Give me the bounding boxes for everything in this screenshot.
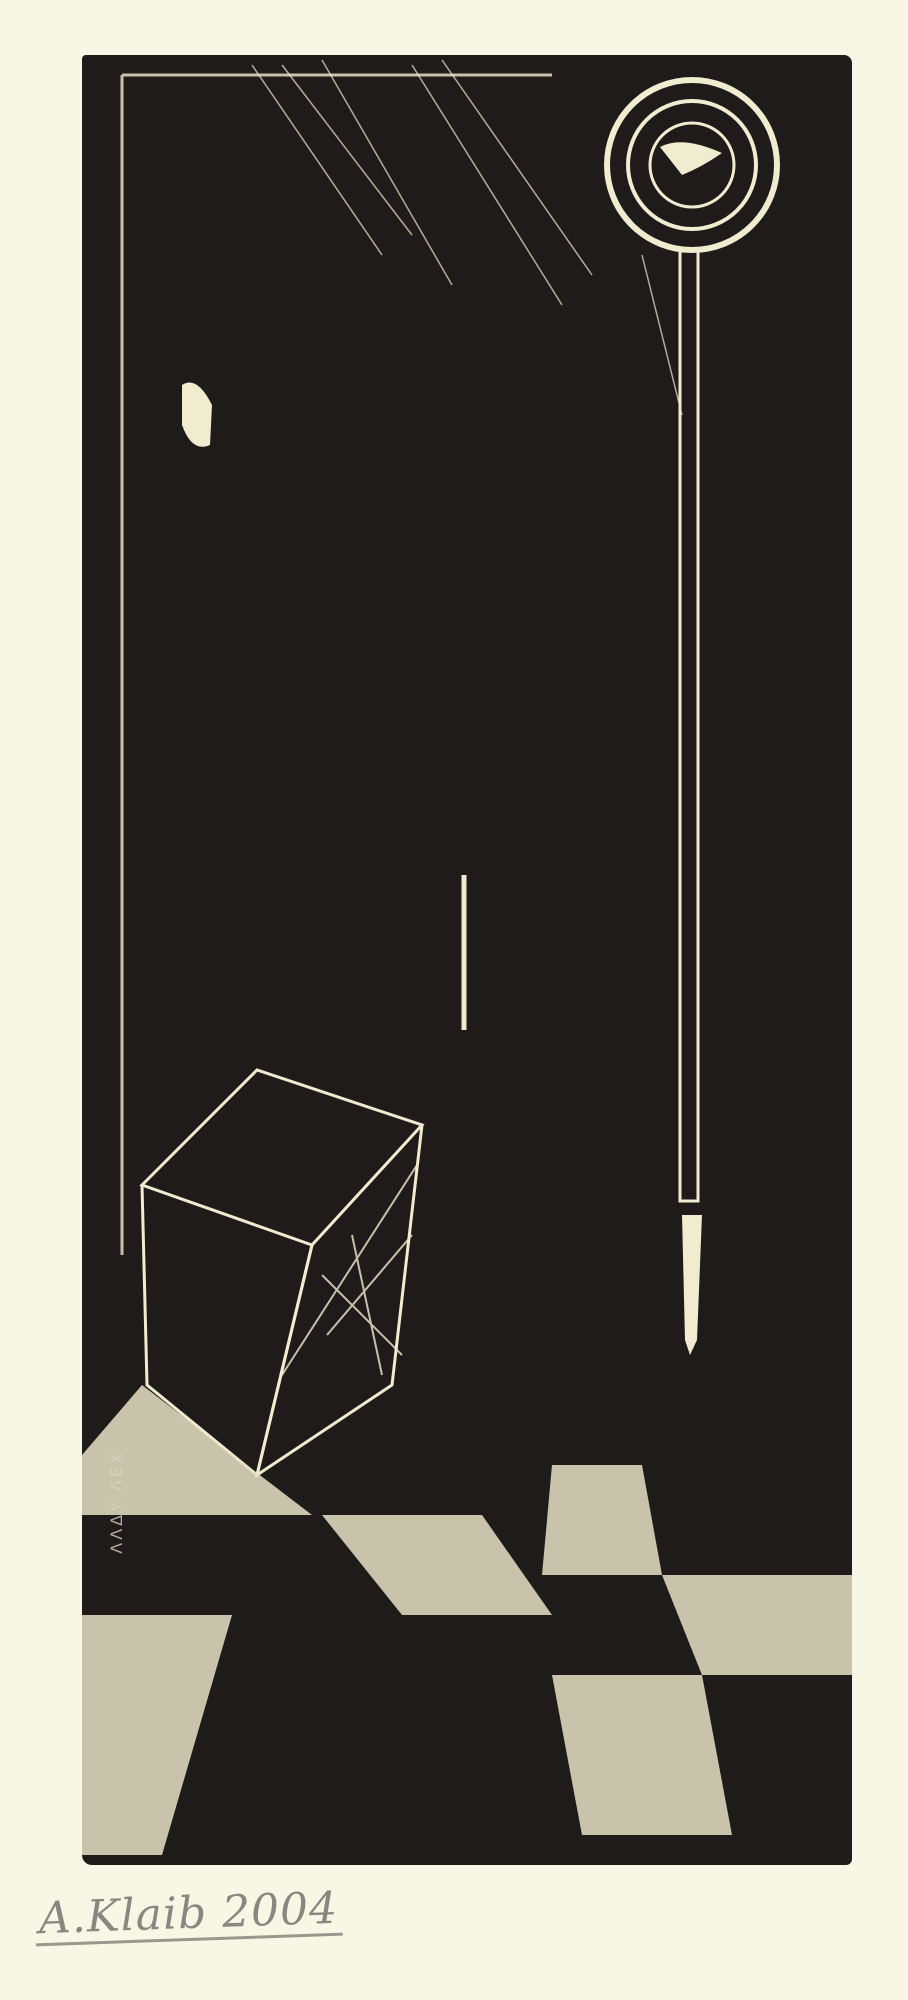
pendulum-rod	[680, 251, 702, 1355]
lattice-cube	[142, 1070, 422, 1475]
pendulum-disc	[607, 80, 777, 250]
ink-print: ΛΛΔΥ ΛΕΧ	[82, 55, 852, 1865]
carved-text: ΛΛΔΥ ΛΕΧ	[107, 1450, 126, 1554]
artist-signature: A.Klaib 2004	[34, 1885, 343, 1947]
checkered-floor	[82, 1385, 852, 1855]
print-engraving	[82, 55, 852, 1865]
